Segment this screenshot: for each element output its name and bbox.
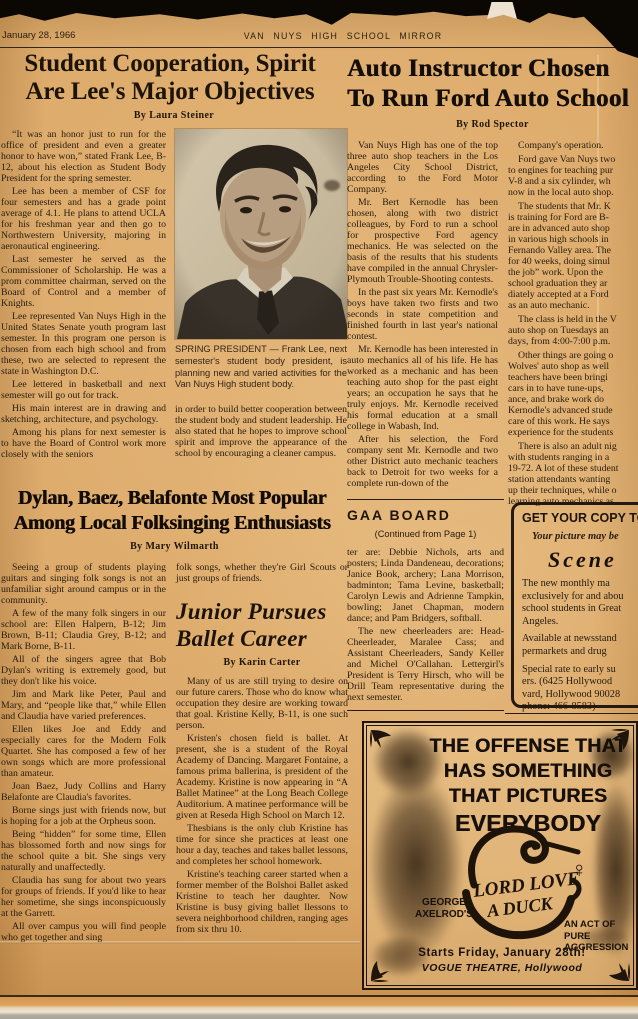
paragraph: After his selection, the Ford company se… (347, 434, 498, 489)
headline-line: Auto Instructor Chosen (347, 54, 638, 84)
article-column: Van Nuys High has one of the top three a… (347, 140, 498, 510)
text-line: Ford gave Van Nuys two (508, 154, 638, 165)
text-line: Wolves' auto shop as well (508, 361, 638, 372)
section-rule (505, 713, 638, 714)
paragraph: Kristen's chosen field is ballet. At pre… (176, 733, 348, 821)
text-line: school graduation they ar (508, 278, 638, 289)
scene-logo: Scene (548, 547, 638, 573)
text-line: to engines for teaching pur (508, 165, 638, 176)
paragraph: Angeles. (522, 616, 638, 629)
paragraph: THAT PICTURES (422, 784, 634, 809)
article-student-cooperation: Student Cooperation, Spirit Are Lee's Ma… (1, 50, 347, 462)
text-line: care of this work. He says (508, 416, 638, 427)
section-rule (347, 499, 504, 500)
header-rule (0, 47, 638, 48)
article-column-clipped: Company's operation.Ford gave Van Nuys t… (508, 140, 638, 510)
text-line: There is also an adult nig (508, 441, 638, 452)
text-line: The class is held in the V (508, 314, 638, 325)
section-rule (347, 710, 504, 711)
ad-header: GET YOUR COPY TO (522, 511, 638, 526)
paragraph: Seeing a group of students playing guita… (1, 562, 166, 606)
page-header: January 28, 1966 VAN NUYS HIGH SCHOOL MI… (0, 29, 638, 45)
text-line: auto shop on Tuesdays an (508, 325, 638, 336)
text-line: cars in to have tune-ups, (508, 383, 638, 394)
paragraph: folk songs, whether they're Girl Scouts … (176, 562, 348, 584)
photo-caption: SPRING PRESIDENT — Frank Lee, next semes… (175, 344, 347, 391)
lord-love-a-duck-movie-ad: THE OFFENSE THATHAS SOMETHINGTHAT PICTUR… (362, 721, 638, 990)
gaa-board-section: GAA BOARD (Continued from Page 1) ter ar… (347, 499, 504, 711)
paragraph: Borne sings just with friends now, but i… (1, 805, 166, 827)
masthead-title: VAN NUYS HIGH SCHOOL MIRROR (60, 31, 626, 41)
text-line: in various high schools in (508, 234, 638, 245)
page-bottom-edge (0, 995, 638, 1019)
scene-magazine-ad: GET YOUR COPY TO Your picture may be Sce… (511, 502, 638, 708)
paragraph: A few of the many folk singers in our sc… (1, 608, 166, 652)
text-line: teachers have been bringi (508, 372, 638, 383)
newspaper-page: January 28, 1966 VAN NUYS HIGH SCHOOL MI… (0, 0, 638, 1019)
article-column: folk songs, whether they're Girl Scouts … (176, 562, 348, 945)
byline: By Mary Wilmarth (1, 540, 348, 553)
article-column: Seeing a group of students playing guita… (1, 562, 166, 945)
article-junior-ballet: Junior Pursues Ballet Career (176, 598, 348, 652)
paragraph: Lee represented Van Nuys High in the Uni… (1, 311, 166, 377)
headline-line: Among Local Folksinging Enthusiasts (0, 511, 348, 536)
text-line: is training for Ford are B- (508, 212, 638, 223)
paragraph: The class is held in the Vauto shop on T… (508, 314, 638, 347)
paragraph: There is also an adult nigwith students … (508, 441, 638, 507)
paragraph: HAS SOMETHING (422, 759, 634, 784)
byline: By Laura Steiner (1, 109, 347, 122)
section-title: GAA BOARD (347, 507, 504, 523)
text-line: 19-72. A lot of these student (508, 463, 638, 474)
paragraph: Being “hidden” for some time, Ellen has … (1, 829, 166, 873)
headline-line: Junior Pursues (176, 598, 348, 625)
text-line: are in advanced auto shop (508, 223, 638, 234)
paragraph: His main interest are in drawing and ske… (1, 403, 166, 425)
article-folksinging: Dylan, Baez, Belafonte Most Popular Amon… (1, 486, 348, 945)
paragraph: The new cheerleaders are: Head-Cheerlead… (347, 626, 504, 703)
text-line: for 40 weeks, doing simul (508, 256, 638, 267)
paragraph: exclusively for and abou (522, 591, 638, 604)
text-line: now in the local auto shop. (508, 187, 638, 198)
tagline-line: AN ACT OF PURE (564, 919, 636, 942)
text-line: ance, and brake work do (508, 394, 638, 405)
text-line: days, from 4:00-7:00 p.m. (508, 336, 638, 347)
paragraph: vard, Hollywood 90028 (522, 689, 638, 702)
paragraph: Many of us are still trying to desire on… (176, 676, 348, 731)
text-line: Kernodle's advanced stude (508, 405, 638, 416)
article-column: “It was an honor just to run for the off… (1, 129, 166, 462)
corner-ornament-icon (607, 728, 631, 752)
corner-ornament-icon (369, 728, 393, 752)
photo-column: SPRING PRESIDENT — Frank Lee, next semes… (175, 129, 347, 462)
headline-line: Dylan, Baez, Belafonte Most Popular (0, 486, 348, 511)
text-line: with students ranging in a (508, 452, 638, 463)
text-line: Other things are going o (508, 350, 638, 361)
text-line: station attendants wanting (508, 474, 638, 485)
ad-subhead: Your picture may be (532, 530, 638, 544)
paragraph: Lee has been a member of CSF for four se… (1, 186, 166, 252)
paragraph: Lee lettered in basketball and next seme… (1, 379, 166, 401)
paragraph: Ellen likes Joe and Eddy and especially … (1, 724, 166, 779)
paragraph: Among his plans for next semester is to … (1, 427, 166, 460)
ad-paragraph: Special rate to early suers. (6425 Holly… (522, 664, 638, 714)
paragraph: Company's operation. (508, 140, 638, 151)
corner-ornament-icon (369, 959, 393, 983)
paragraph: Joan Baez, Judy Collins and Harry Belafo… (1, 781, 166, 803)
paragraph: Kristine's teaching career started when … (176, 869, 348, 935)
ad-paragraph: The new monthly maexclusively for and ab… (522, 578, 638, 628)
paragraph: “It was an honor just to run for the off… (1, 129, 166, 184)
text-line: Company's operation. (508, 140, 638, 151)
headline-line: Student Cooperation, Spirit (0, 50, 347, 78)
text-line: the job” work. Upon the (508, 267, 638, 278)
article-paragraphs: Many of us are still trying to desire on… (176, 676, 348, 935)
byline: By Rod Spector (347, 118, 638, 131)
paragraph: school students in Great (522, 603, 638, 616)
text-line: V-8 and a six cylinder, wh (508, 176, 638, 187)
text-line: as an auto mechanic. (508, 300, 638, 311)
byline: By Karin Carter (176, 656, 348, 669)
paragraph: The new monthly ma (522, 578, 638, 591)
paragraph: All of the singers agree that Bob Dylan'… (1, 654, 166, 687)
paragraph: Thesbians is the only club Kristine has … (176, 823, 348, 867)
paragraph: ers. (6425 Hollywood (522, 676, 638, 689)
paragraph: Available at newsstand (522, 633, 638, 646)
continued-note: (Continued from Page 1) (347, 529, 504, 539)
paragraph: ter are: Debbie Nichols, arts and poster… (347, 547, 504, 624)
ad-venue-line: VOGUE THEATRE, Hollywood (394, 962, 610, 974)
headline-line: To Run Ford Auto School (347, 84, 638, 114)
headline-line: Ballet Career (176, 625, 348, 652)
duck-eye (532, 844, 538, 850)
paragraph: Mr. Kernodle has been interested in auto… (347, 344, 498, 432)
text-line: experience for the students (508, 427, 638, 438)
paragraph: In the past six years Mr. Kernodle's boy… (347, 287, 498, 342)
torn-paper-notch (487, 2, 517, 19)
paragraph: All over campus you will find people who… (1, 921, 166, 943)
article-auto-instructor: Auto Instructor Chosen To Run Ford Auto … (347, 54, 638, 510)
headline-line: Are Lee's Major Objectives (0, 78, 347, 106)
female-symbol-icon: ♀ (571, 857, 588, 882)
ink-stain (324, 180, 340, 191)
text-line: up their techniques, while o (508, 485, 638, 496)
paragraph: in order to build better cooperation bet… (175, 404, 347, 459)
ad-paragraph: Available at newsstandpermarkets and dru… (522, 633, 638, 658)
paragraph: Other things are going oWolves' auto sho… (508, 350, 638, 438)
paragraph: Ford gave Van Nuys twoto engines for tea… (508, 154, 638, 198)
text-line: diately accepted at a Ford (508, 289, 638, 300)
paragraph: THE OFFENSE THAT (422, 734, 634, 759)
paragraph: Mr. Bert Kernodle has been chosen, along… (347, 197, 498, 285)
torn-paper-edge (0, 0, 638, 26)
paragraph: Last semester he served as the Commissio… (1, 254, 166, 309)
portrait-photo (175, 129, 347, 339)
text-line: Fernando Valley area. The (508, 245, 638, 256)
ad-date-line: Starts Friday, January 28th! (394, 947, 610, 960)
paragraph: Van Nuys High has one of the top three a… (347, 140, 498, 195)
paragraph: Claudia has sung for about two years for… (1, 875, 166, 919)
text-line: The students that Mr. K (508, 201, 638, 212)
paragraph: The students that Mr. Kis training for F… (508, 201, 638, 311)
paragraph: Special rate to early su (522, 664, 638, 677)
corner-ornament-icon (607, 959, 631, 983)
paragraph: permarkets and drug (522, 646, 638, 659)
paragraph: Jim and Mark like Peter, Paul and Mary, … (1, 689, 166, 722)
